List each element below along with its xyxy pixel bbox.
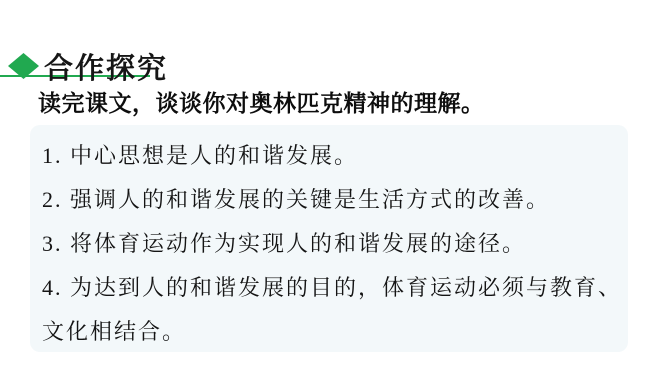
slide: 合作探究 读完课文，谈谈你对奥林匹克精神的理解。 1. 中心思想是人的和谐发展。… xyxy=(0,0,668,376)
answer-line-4: 4. 为达到人的和谐发展的目的，体育运动必须与教育、 xyxy=(42,264,628,308)
answer-line-2: 2. 强调人的和谐发展的关键是生活方式的改善。 xyxy=(42,176,628,220)
answer-line-5: 文化相结合。 xyxy=(42,308,628,352)
answer-box: 1. 中心思想是人的和谐发展。 2. 强调人的和谐发展的关键是生活方式的改善。 … xyxy=(30,125,628,352)
answer-line-1: 1. 中心思想是人的和谐发展。 xyxy=(42,132,628,176)
page-title: 合作探究 xyxy=(44,46,168,87)
prompt-text: 读完课文，谈谈你对奥林匹克精神的理解。 xyxy=(38,85,485,118)
answer-line-3: 3. 将体育运动作为实现人的和谐发展的途径。 xyxy=(42,220,628,264)
